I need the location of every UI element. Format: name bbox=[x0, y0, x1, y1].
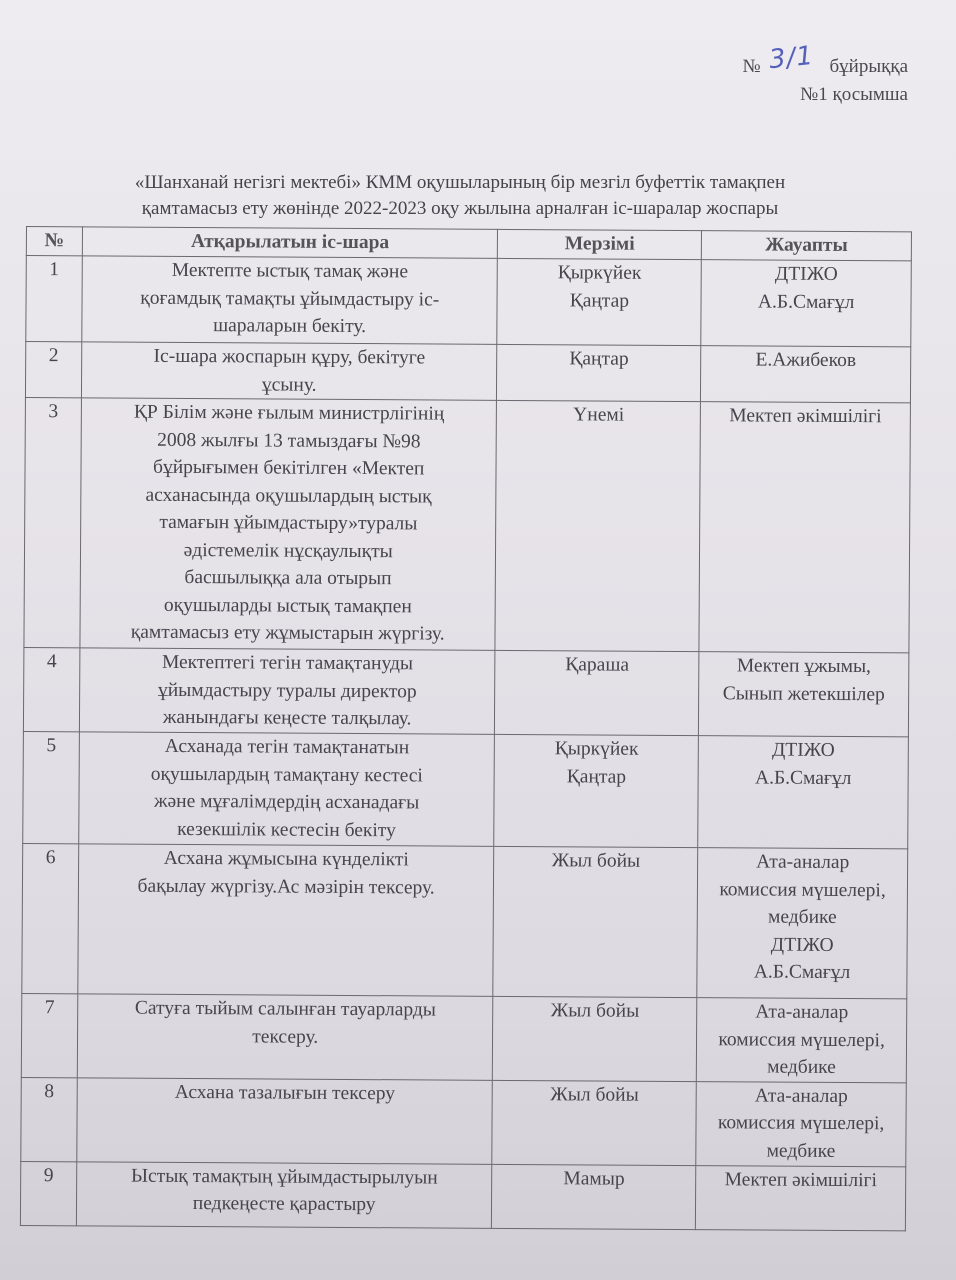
responsible-cell-line: ДТІЖО bbox=[702, 931, 903, 960]
order-suffix: бұйрыққа bbox=[830, 53, 909, 81]
document-title: «Шанханай негізгі мектебі» КММ оқушылары… bbox=[40, 170, 880, 222]
row-number: 5 bbox=[23, 731, 80, 843]
activity-cell: Мектептегі тегін тамақтанудыұйымдастыру … bbox=[79, 648, 495, 735]
activity-cell-line: ҚР Білім және ғылым министрлігінің bbox=[86, 398, 493, 428]
responsible-cell-line: Ата-аналар bbox=[701, 998, 902, 1027]
activity-cell-line: бақылау жүргізу.Ас мәзірін тексеру. bbox=[83, 872, 490, 902]
activity-cell-line: Ыстық тамақтың ұйымдастырылуын bbox=[81, 1162, 488, 1192]
row-number: 1 bbox=[26, 256, 82, 342]
deadline-cell-line: Жыл бойы bbox=[497, 1080, 692, 1109]
table-row: 3ҚР Білім және ғылым министрлігінің2008 … bbox=[24, 397, 911, 652]
activity-cell-line: кезекшілік кестесін бекіту bbox=[83, 815, 490, 845]
responsible-cell-line: Сынып жетекшілер bbox=[703, 680, 904, 709]
deadline-cell: Үнемі bbox=[495, 400, 700, 651]
responsible-cell-line: комиссия мүшелері, bbox=[701, 1026, 902, 1055]
table-row: 5Асханада тегін тамақтанатыноқушылардың … bbox=[23, 731, 909, 848]
activity-plan-table: № Атқарылатын іс-шара Мерзімі Жауапты 1М… bbox=[20, 226, 912, 1231]
row-number: 3 bbox=[24, 397, 81, 647]
deadline-cell: Қараша bbox=[495, 650, 699, 735]
responsible-cell: Ата-аналаркомиссия мүшелері,медбике bbox=[696, 1081, 906, 1166]
activity-cell: Мектепте ыстық тамақ жәнеқоғамдық тамақт… bbox=[82, 256, 498, 345]
activity-cell: Ыстық тамақтың ұйымдастырылуынпедкеңесте… bbox=[76, 1161, 492, 1228]
deadline-cell-line: Қыркүйек bbox=[502, 259, 697, 288]
row-number: 9 bbox=[20, 1161, 76, 1225]
activity-cell: Асхана тазалығын тексеру bbox=[77, 1077, 493, 1164]
responsible-cell-line: медбике bbox=[702, 903, 903, 932]
table-row: 1Мектепте ыстық тамақ жәнеқоғамдық тамақ… bbox=[26, 256, 912, 347]
responsible-cell-line: Мектеп әкімшілігі bbox=[700, 1166, 901, 1195]
activity-cell-line: жанындағы кеңесте талқылау. bbox=[84, 703, 491, 733]
responsible-cell-line: ДТІЖО bbox=[706, 260, 907, 289]
responsible-cell-line: Ата-аналар bbox=[702, 848, 903, 877]
row-number: 2 bbox=[25, 342, 81, 398]
document-title-line-2: қамтамасыз ету жөнінде 2022-2023 оқу жыл… bbox=[40, 196, 880, 222]
table-row: 8Асхана тазалығын тексеруЖыл бойыАта-ана… bbox=[21, 1077, 906, 1166]
deadline-cell: Жыл бойы bbox=[493, 846, 698, 997]
responsible-cell-line: Мектеп әкімшілігі bbox=[705, 402, 906, 431]
activity-cell: Асханада тегін тамақтанатыноқушылардың т… bbox=[79, 732, 495, 847]
activity-cell-line: Мектепте ыстық тамақ және bbox=[87, 256, 494, 286]
activity-cell-line: асханасында оқушылардың ыстық bbox=[85, 481, 492, 511]
activity-cell-line: бұйрығымен бекітілген «Мектеп bbox=[85, 453, 492, 483]
responsible-cell: Мектеп әкімшілігі bbox=[699, 402, 910, 653]
header-responsible: Жауапты bbox=[702, 231, 912, 261]
responsible-cell-line: Ата-аналар bbox=[701, 1082, 902, 1111]
order-reference: № 3/1 бұйрыққа №1 қосымша bbox=[743, 50, 908, 109]
activity-cell-line: ұйымдастыру туралы директор bbox=[84, 676, 491, 706]
deadline-cell: Жыл бойы bbox=[492, 1080, 696, 1165]
table-body: 1Мектепте ыстық тамақ жәнеқоғамдық тамақ… bbox=[20, 256, 911, 1231]
activity-cell-line: әдістемелік нұсқаулықты bbox=[85, 536, 492, 566]
deadline-cell-line: Жыл бойы bbox=[498, 997, 693, 1026]
activity-cell: Асхана жұмысына күнделіктібақылау жүргіз… bbox=[78, 844, 494, 997]
row-number: 8 bbox=[21, 1077, 77, 1161]
row-number: 7 bbox=[21, 993, 77, 1077]
activity-cell: Сатуға тыйым салынған тауарлардытексеру. bbox=[77, 994, 493, 1080]
row-number: 4 bbox=[23, 647, 79, 731]
activity-cell-line: қоғамдық тамақты ұйымдастыру іс- bbox=[86, 284, 493, 314]
responsible-cell: Мектеп ұжымы,Сынып жетекшілер bbox=[699, 652, 909, 737]
deadline-cell-line: Мамыр bbox=[497, 1164, 692, 1193]
deadline-cell-line: Жыл бойы bbox=[499, 847, 694, 876]
activity-cell: Іс-шара жоспарын құру, бекітугеұсыну. bbox=[81, 342, 497, 401]
deadline-cell: Жыл бойы bbox=[493, 996, 697, 1081]
document-title-line-1: «Шанханай негізгі мектебі» КММ оқушылары… bbox=[40, 170, 880, 196]
responsible-cell: Мектеп әкімшілігі bbox=[696, 1165, 906, 1230]
deadline-cell-line: Қаңтар bbox=[502, 286, 697, 315]
activity-cell-line: педкеңесте қарастыру bbox=[81, 1189, 488, 1219]
activity-cell-line: қамтамасыз ету жұмыстарын жүргізу. bbox=[84, 618, 491, 648]
deadline-cell: ҚыркүйекҚаңтар bbox=[494, 734, 698, 847]
responsible-cell-line: А.Б.Смағұл bbox=[702, 958, 903, 987]
activity-cell-line: басшылыққа ала отырып bbox=[85, 563, 492, 593]
table-row: 7Сатуға тыйым салынған тауарлардытексеру… bbox=[21, 993, 906, 1082]
deadline-cell-line: Қараша bbox=[500, 651, 695, 680]
appendix-label: №1 қосымша bbox=[743, 81, 908, 109]
activity-cell: ҚР Білім және ғылым министрлігінің2008 ж… bbox=[80, 398, 497, 651]
order-number-prefix: № bbox=[743, 53, 761, 81]
table-row: 6Асхана жұмысына күнделіктібақылау жүргі… bbox=[22, 843, 908, 998]
table-row: 4Мектептегі тегін тамақтанудыұйымдастыру… bbox=[23, 647, 908, 736]
responsible-cell-line: Е.Ажибеков bbox=[705, 346, 906, 375]
responsible-cell-line: Мектеп ұжымы, bbox=[703, 652, 904, 681]
activity-cell-line: Сатуға тыйым салынған тауарларды bbox=[82, 994, 489, 1024]
header-number: № bbox=[26, 227, 82, 256]
activity-cell-line: Асханада тегін тамақтанатын bbox=[84, 732, 491, 762]
responsible-cell: ДТІЖОА.Б.Смағұл bbox=[698, 736, 908, 849]
activity-cell-line: 2008 жылғы 13 тамыздағы №98 bbox=[86, 426, 493, 456]
header-deadline: Мерзімі bbox=[498, 229, 702, 259]
responsible-cell-line: А.Б.Смағұл bbox=[706, 288, 907, 317]
handwritten-order-number: 3/1 bbox=[767, 42, 815, 75]
activity-cell-line: тексеру. bbox=[82, 1022, 489, 1052]
deadline-cell-line: Қаңтар bbox=[502, 345, 697, 374]
activity-cell-line: тамағын ұйымдастыру»туралы bbox=[85, 508, 492, 538]
deadline-cell-line: Қыркүйек bbox=[499, 735, 694, 764]
responsible-cell-line: ДТІЖО bbox=[703, 736, 904, 765]
activity-cell-line: Асхана жұмысына күнделікті bbox=[83, 844, 490, 874]
responsible-cell-line: медбике bbox=[701, 1053, 902, 1082]
activity-cell-line: және мұғалімдердің асханадағы bbox=[83, 787, 490, 817]
responsible-cell: ДТІЖОА.Б.Смағұл bbox=[701, 260, 911, 347]
row-number: 6 bbox=[22, 843, 79, 993]
deadline-cell: Қаңтар bbox=[497, 344, 701, 401]
activity-cell-line: оқушылардың тамақтану кестесі bbox=[84, 760, 491, 790]
responsible-cell-line: комиссия мүшелері, bbox=[701, 1109, 902, 1138]
deadline-cell: ҚыркүйекҚаңтар bbox=[497, 258, 701, 345]
activity-cell-line: ұсыну. bbox=[86, 370, 493, 400]
activity-cell-line: Мектептегі тегін тамақтануды bbox=[84, 648, 491, 678]
responsible-cell: Ата-аналаркомиссия мүшелері,медбикеДТІЖО… bbox=[697, 848, 908, 999]
responsible-cell-line: А.Б.Смағұл bbox=[703, 764, 904, 793]
activity-cell-line: Іс-шара жоспарын құру, бекітуге bbox=[86, 342, 493, 372]
header-activity: Атқарылатын іс-шара bbox=[82, 227, 498, 259]
activity-cell-line: оқушыларды ыстық тамақпен bbox=[85, 591, 492, 621]
deadline-cell-line: Үнемі bbox=[501, 401, 696, 430]
table-row: 9Ыстық тамақтың ұйымдастырылуынпедкеңест… bbox=[20, 1161, 905, 1230]
table-row: 2Іс-шара жоспарын құру, бекітугеұсыну.Қа… bbox=[25, 342, 910, 403]
responsible-cell: Е.Ажибеков bbox=[701, 346, 911, 403]
responsible-cell-line: медбике bbox=[700, 1137, 901, 1166]
activity-cell-line: шараларын бекіту. bbox=[86, 311, 493, 341]
activity-cell-line: Асхана тазалығын тексеру bbox=[82, 1078, 489, 1108]
responsible-cell-line: комиссия мүшелері, bbox=[702, 876, 903, 905]
deadline-cell-line: Қаңтар bbox=[499, 762, 694, 791]
responsible-cell: Ата-аналаркомиссия мүшелері,медбике bbox=[696, 998, 906, 1083]
deadline-cell: Мамыр bbox=[492, 1164, 696, 1229]
